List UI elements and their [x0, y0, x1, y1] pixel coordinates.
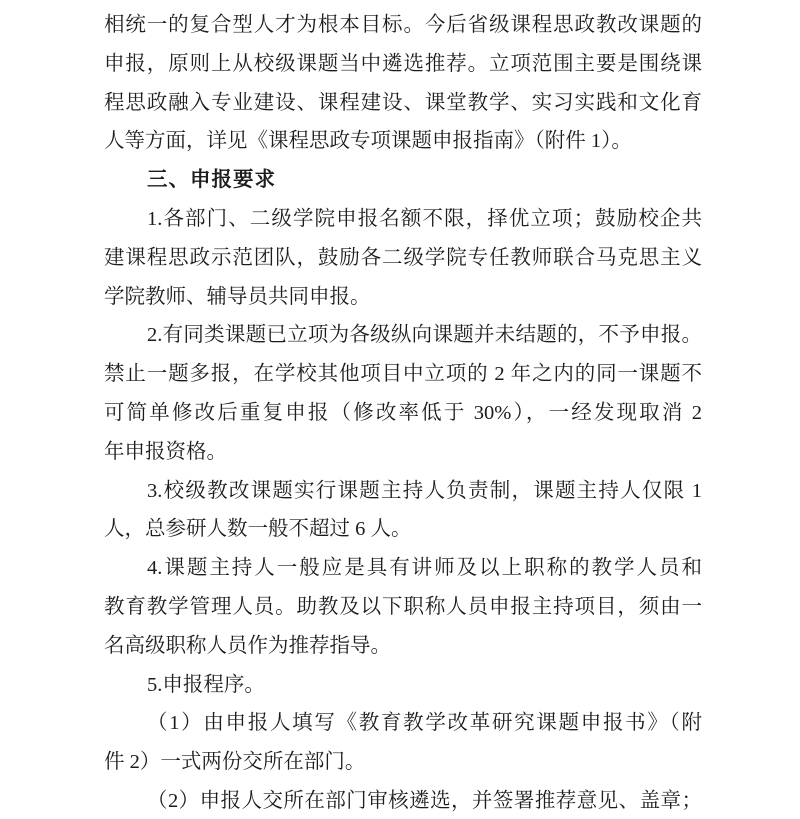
body-text-line: 建课程思政示范团队，鼓励各二级学院专任教师联合马克思主义: [104, 239, 702, 278]
body-text-line: 名高级职称人员作为推荐指导。: [104, 627, 702, 666]
body-text-line: 5.申报程序。: [104, 666, 702, 705]
body-text-line: 4.课题主持人一般应是具有讲师及以上职称的教学人员和: [104, 549, 702, 588]
body-text-line: 禁止一题多报，在学校其他项目中立项的 2 年之内的同一课题不: [104, 355, 702, 394]
body-text-line: （2）申报人交所在部门审核遴选，并签署推荐意见、盖章；: [104, 782, 702, 819]
body-text-line: （1）由申报人填写《教育教学改革研究课题申报书》（附: [104, 704, 702, 743]
body-text-line: 可简单修改后重复申报（修改率低于 30%），一经发现取消 2: [104, 394, 702, 433]
body-text-line: 学院教师、辅导员共同申报。: [104, 278, 702, 317]
document-text-block: 相统一的复合型人才为根本目标。今后省级课程思政教改课题的 申报，原则上从校级课题…: [104, 6, 702, 819]
body-text-line: 2.有同类课题已立项为各级纵向课题并未结题的，不予申报。: [104, 316, 702, 355]
body-text-line: 3.校级教改课题实行课题主持人负责制，课题主持人仅限 1: [104, 472, 702, 511]
body-text-line: 件 2）一式两份交所在部门。: [104, 743, 702, 782]
body-text-line: 申报，原则上从校级课题当中遴选推荐。立项范围主要是围绕课: [104, 45, 702, 84]
body-text-line: 人等方面，详见《课程思政专项课题申报指南》（附件 1）。: [104, 122, 702, 161]
body-text-line: 教育教学管理人员。助教及以下职称人员申报主持项目，须由一: [104, 588, 702, 627]
body-text-line: 程思政融入专业建设、课程建设、课堂教学、实习实践和文化育: [104, 84, 702, 123]
document-page: 相统一的复合型人才为根本目标。今后省级课程思政教改课题的 申报，原则上从校级课题…: [0, 0, 800, 819]
body-text-line: 相统一的复合型人才为根本目标。今后省级课程思政教改课题的: [104, 6, 702, 45]
body-text-line: 年申报资格。: [104, 433, 702, 472]
body-text-line: 人，总参研人数一般不超过 6 人。: [104, 510, 702, 549]
section-heading: 三、申报要求: [104, 161, 702, 200]
body-text-line: 1.各部门、二级学院申报名额不限，择优立项；鼓励校企共: [104, 200, 702, 239]
